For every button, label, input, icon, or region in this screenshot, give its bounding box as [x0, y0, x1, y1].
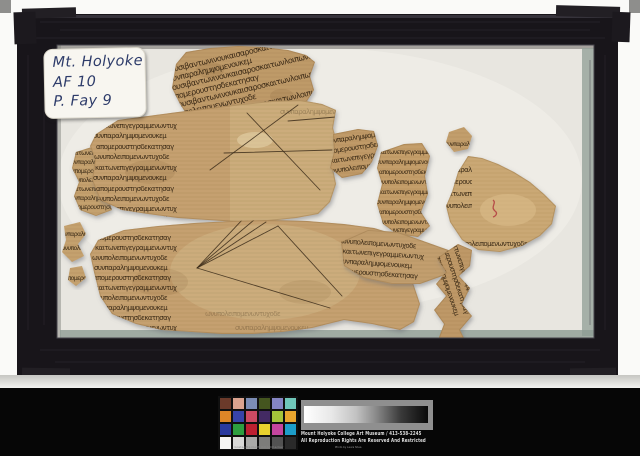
color-swatch	[259, 411, 271, 423]
color-swatch	[272, 398, 284, 410]
color-swatch	[246, 398, 258, 410]
label-line-collection: Mt. Holyoke	[52, 52, 144, 73]
credit-line-museum: Mount Holyoke College Art Museum / 413-5…	[301, 431, 426, 438]
color-swatch	[285, 411, 297, 423]
color-swatch	[220, 411, 232, 423]
color-swatch	[285, 398, 297, 410]
color-swatch	[272, 411, 284, 423]
color-swatch	[220, 398, 232, 410]
grayscale-gradient	[304, 406, 428, 423]
color-swatch	[285, 424, 297, 436]
color-swatch	[246, 411, 258, 423]
calibration-band: GretagMacbeth ColorChecker Mount Holyoke…	[0, 388, 640, 456]
color-swatch	[259, 398, 271, 410]
label-line-accession-number: AF 10	[53, 72, 145, 93]
color-checker-caption: GretagMacbeth ColorChecker	[222, 445, 296, 449]
color-swatch	[233, 398, 245, 410]
credit-line-photographer: Photo by Laura Shea	[335, 445, 442, 449]
color-swatch	[233, 411, 245, 423]
color-checker	[218, 396, 298, 450]
accession-label: Mt. Holyoke AF 10 P. Fay 9	[43, 47, 146, 119]
museum-credit: Mount Holyoke College Art Museum / 413-5…	[301, 431, 461, 449]
color-swatch	[259, 424, 271, 436]
color-swatch	[220, 424, 232, 436]
color-swatch	[272, 424, 284, 436]
color-swatch	[233, 424, 245, 436]
photo-stage: καιτωνεπιγεγραμμενωντυχ συνπαραλημψομενο…	[0, 0, 640, 456]
grayscale-bar	[301, 400, 433, 430]
color-swatch	[246, 424, 258, 436]
label-line-publication: P. Fay 9	[53, 91, 145, 112]
credit-line-rights: All Reproduction Rights Are Reserved And…	[301, 438, 426, 445]
